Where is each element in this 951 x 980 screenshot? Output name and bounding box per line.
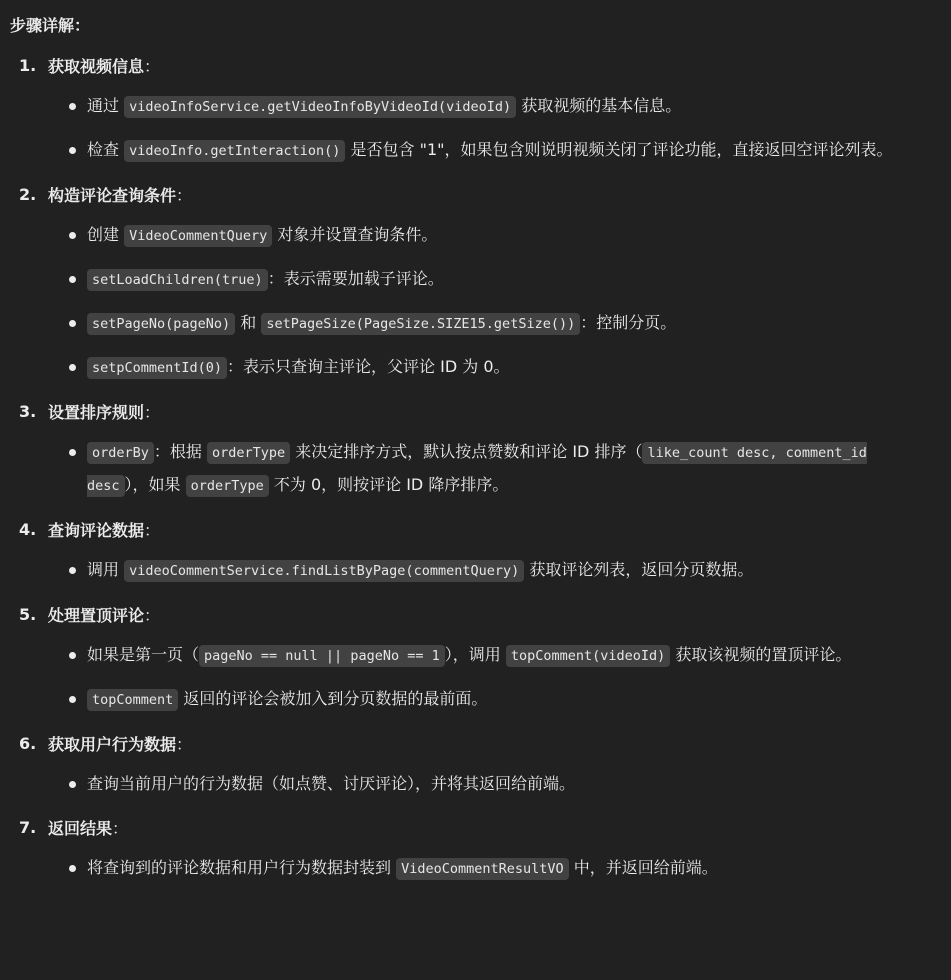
bullet-text: 将查询到的评论数据和用户行为数据封装到 [87, 858, 396, 877]
inline-code: setLoadChildren(true) [87, 269, 268, 291]
inline-code: VideoCommentResultVO [396, 858, 569, 880]
step-number: 2. [19, 185, 48, 204]
step-number: 7. [19, 818, 48, 837]
inline-code: videoInfoService.getVideoInfoByVideoId(v… [124, 96, 516, 118]
section-title: 步骤详解： [10, 12, 951, 40]
bullet-text: 不为 0，则按评论 ID 降序排序。 [269, 475, 509, 494]
step-colon: ： [144, 400, 160, 423]
bullet-text: 中，并返回给前端。 [569, 858, 718, 877]
bullet-text: 调用 [87, 560, 124, 579]
step-heading: 5.处理置顶评论： [19, 599, 951, 629]
inline-code: setPageNo(pageNo) [87, 313, 235, 335]
step-number: 1. [19, 56, 48, 75]
inline-code: VideoCommentQuery [124, 225, 272, 247]
bullet-list: orderBy：根据 orderType 来决定排序方式，默认按点赞数和评论 I… [10, 436, 951, 502]
step-heading: 1.获取视频信息： [19, 50, 951, 80]
step-colon: ： [112, 816, 128, 839]
step-title: 获取用户行为数据 [48, 732, 176, 755]
step-colon: ： [176, 183, 192, 206]
bullet-text: 对象并设置查询条件。 [272, 225, 437, 244]
step-item: 4.查询评论数据：调用 videoCommentService.findList… [10, 514, 951, 587]
bullet-list: 查询当前用户的行为数据（如点赞、讨厌评论），并将其返回给前端。 [10, 768, 951, 800]
bullet-text: ：表示只查询主评论，父评论 ID 为 0。 [227, 357, 509, 376]
step-item: 5.处理置顶评论：如果是第一页（pageNo == null || pageNo… [10, 599, 951, 716]
bullet-text: 如果是第一页（ [87, 645, 199, 664]
inline-code: orderBy [87, 442, 154, 464]
step-item: 6.获取用户行为数据：查询当前用户的行为数据（如点赞、讨厌评论），并将其返回给前… [10, 728, 951, 800]
steps-list: 1.获取视频信息：通过 videoInfoService.getVideoInf… [10, 50, 951, 885]
bullet-text: ：根据 [154, 442, 207, 461]
step-colon: ： [144, 54, 160, 77]
bullet-list: 创建 VideoCommentQuery 对象并设置查询条件。setLoadCh… [10, 219, 951, 384]
step-title: 构造评论查询条件 [48, 183, 176, 206]
bullet-item: 将查询到的评论数据和用户行为数据封装到 VideoCommentResultVO… [10, 852, 951, 885]
bullet-list: 调用 videoCommentService.findListByPage(co… [10, 554, 951, 587]
step-heading: 4.查询评论数据： [19, 514, 951, 544]
bullet-text: 获取评论列表，返回分页数据。 [524, 560, 753, 579]
bullet-text: ），如果 [125, 475, 186, 494]
inline-code: orderType [207, 442, 290, 464]
inline-code: topComment [87, 689, 178, 711]
bullet-list: 如果是第一页（pageNo == null || pageNo == 1），调用… [10, 639, 951, 716]
step-item: 2.构造评论查询条件：创建 VideoCommentQuery 对象并设置查询条… [10, 179, 951, 384]
bullet-text: 获取视频的基本信息。 [516, 96, 681, 115]
bullet-text: ），调用 [445, 645, 506, 664]
bullet-item: 创建 VideoCommentQuery 对象并设置查询条件。 [10, 219, 951, 252]
bullet-text: 返回的评论会被加入到分页数据的最前面。 [178, 689, 487, 708]
inline-code: orderType [186, 475, 269, 497]
bullet-item: 检查 videoInfo.getInteraction() 是否包含 "1"，如… [10, 134, 951, 167]
bullet-item: 通过 videoInfoService.getVideoInfoByVideoI… [10, 90, 951, 123]
bullet-text: 检查 [87, 140, 124, 159]
step-title: 处理置顶评论 [48, 603, 144, 626]
bullet-item: topComment 返回的评论会被加入到分页数据的最前面。 [10, 683, 951, 716]
bullet-text: ：控制分页。 [580, 313, 676, 332]
step-item: 7.返回结果：将查询到的评论数据和用户行为数据封装到 VideoCommentR… [10, 812, 951, 885]
bullet-item: 查询当前用户的行为数据（如点赞、讨厌评论），并将其返回给前端。 [10, 768, 951, 800]
step-title: 返回结果 [48, 816, 112, 839]
step-heading: 3.设置排序规则： [19, 396, 951, 426]
step-heading: 6.获取用户行为数据： [19, 728, 951, 758]
bullet-list: 通过 videoInfoService.getVideoInfoByVideoI… [10, 90, 951, 167]
bullet-item: setPageNo(pageNo) 和 setPageSize(PageSize… [10, 307, 951, 340]
inline-code: videoInfo.getInteraction() [124, 140, 345, 162]
step-number: 4. [19, 520, 48, 539]
bullet-text: 通过 [87, 96, 124, 115]
inline-code: videoCommentService.findListByPage(comme… [124, 560, 524, 582]
inline-code: pageNo == null || pageNo == 1 [199, 645, 445, 667]
bullet-item: setLoadChildren(true)：表示需要加载子评论。 [10, 263, 951, 296]
bullet-text: 获取该视频的置顶评论。 [670, 645, 851, 664]
bullet-text: 查询当前用户的行为数据（如点赞、讨厌评论），并将其返回给前端。 [87, 774, 575, 793]
bullet-item: 如果是第一页（pageNo == null || pageNo == 1），调用… [10, 639, 951, 672]
bullet-text: 是否包含 "1"，如果包含则说明视频关闭了评论功能，直接返回空评论列表。 [345, 140, 892, 159]
step-title: 设置排序规则 [48, 400, 144, 423]
bullet-list: 将查询到的评论数据和用户行为数据封装到 VideoCommentResultVO… [10, 852, 951, 885]
step-number: 5. [19, 605, 48, 624]
step-colon: ： [176, 732, 192, 755]
inline-code: topComment(videoId) [506, 645, 670, 667]
message-content: 步骤详解： 1.获取视频信息：通过 videoInfoService.getVi… [0, 0, 951, 885]
step-item: 1.获取视频信息：通过 videoInfoService.getVideoInf… [10, 50, 951, 167]
step-heading: 2.构造评论查询条件： [19, 179, 951, 209]
step-colon: ： [144, 603, 160, 626]
bullet-text: 创建 [87, 225, 124, 244]
inline-code: setPageSize(PageSize.SIZE15.getSize()) [261, 313, 580, 335]
bullet-text: 和 [235, 313, 261, 332]
step-number: 3. [19, 402, 48, 421]
step-title: 查询评论数据 [48, 518, 144, 541]
step-colon: ： [144, 518, 160, 541]
bullet-text: ：表示需要加载子评论。 [268, 269, 444, 288]
bullet-text: 来决定排序方式，默认按点赞数和评论 ID 排序（ [290, 442, 642, 461]
bullet-item: setpCommentId(0)：表示只查询主评论，父评论 ID 为 0。 [10, 351, 951, 384]
step-heading: 7.返回结果： [19, 812, 951, 842]
step-title: 获取视频信息 [48, 54, 144, 77]
inline-code: setpCommentId(0) [87, 357, 227, 379]
bullet-item: 调用 videoCommentService.findListByPage(co… [10, 554, 951, 587]
bullet-item: orderBy：根据 orderType 来决定排序方式，默认按点赞数和评论 I… [10, 436, 951, 502]
step-item: 3.设置排序规则：orderBy：根据 orderType 来决定排序方式，默认… [10, 396, 951, 502]
step-number: 6. [19, 734, 48, 753]
